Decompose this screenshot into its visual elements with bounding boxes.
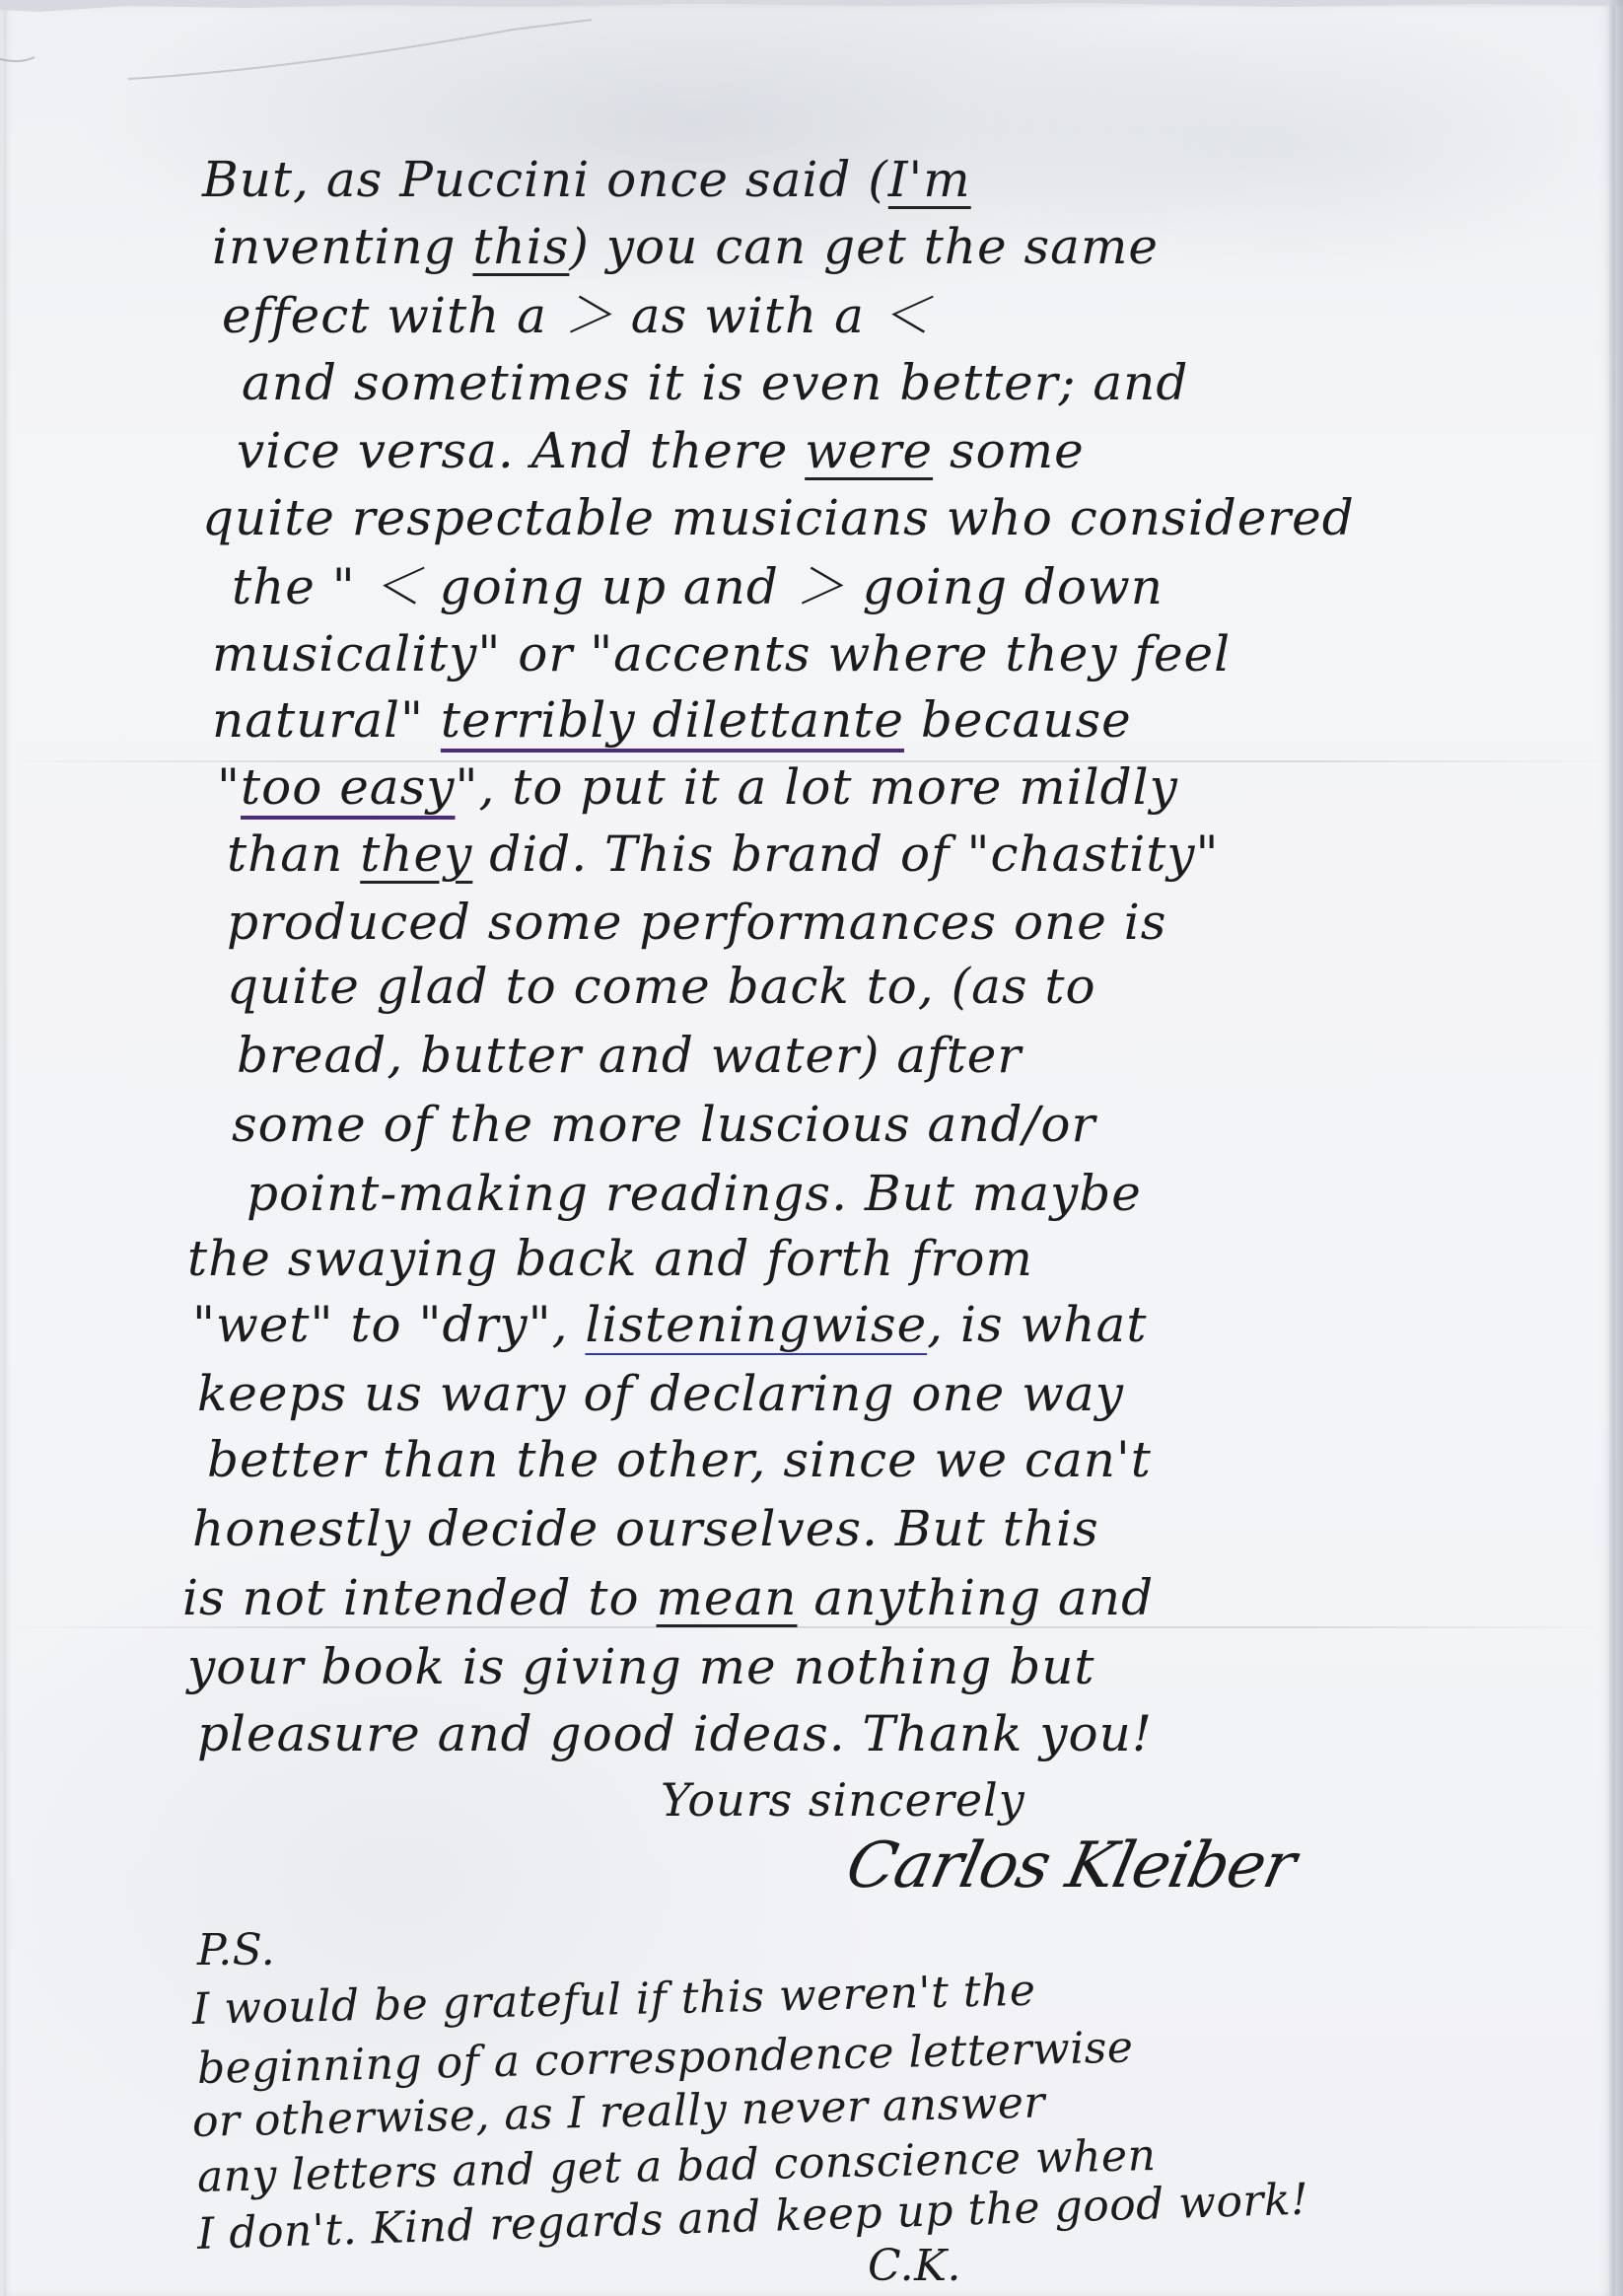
underlined-word: this (472, 218, 569, 275)
body-line: honestly decide ourselves. But this (192, 1499, 1099, 1558)
signature: Carlos Kleiber (842, 1836, 1301, 1896)
body-line: keeps us wary of declaring one way (197, 1364, 1124, 1423)
body-line: But, as Puccini once said (I'm (202, 150, 971, 209)
body-line: quite glad to come back to, (as to (227, 957, 1096, 1016)
body-line: inventing this) you can get the same (212, 217, 1159, 276)
underlined-word: I'm (888, 151, 971, 208)
body-line: some of the more luscious and/or (232, 1095, 1095, 1154)
underlined-word: mean (657, 1569, 798, 1626)
underlined-word: they (360, 825, 472, 883)
body-line: natural" terribly dilettante because (212, 690, 1132, 750)
body-line: produced some performances one is (227, 893, 1166, 952)
purple-underlined-phrase: too easy (241, 758, 456, 816)
body-line: effect with a ＞ as with a ＜ (222, 286, 932, 345)
underlined-word: were (805, 422, 933, 479)
body-line: pleasure and good ideas. Thank you! (197, 1704, 1153, 1763)
body-line: point-making readings. But maybe (247, 1164, 1142, 1223)
valediction: Yours sincerely (661, 1770, 1025, 1830)
body-line: and sometimes it is even better; and (242, 353, 1188, 412)
body-line: quite respectable musicians who consider… (202, 488, 1355, 547)
body-line: vice versa. And there were some (237, 421, 1085, 480)
letter-content: But, as Puccini once said (I'm inventing… (0, 0, 1623, 2296)
postscript-initials: C.K. (868, 2237, 961, 2296)
body-line: is not intended to mean anything and (182, 1568, 1154, 1627)
body-line: "too easy", to put it a lot more mildly (217, 757, 1178, 817)
body-line: than they did. This brand of "chastity" (227, 825, 1220, 884)
body-line: musicality" or "accents where they feel (212, 624, 1231, 683)
body-line: your book is giving me nothing but (187, 1637, 1095, 1696)
body-line: bread, butter and water) after (237, 1026, 1022, 1085)
body-line: better than the other, since we can't (207, 1430, 1152, 1489)
purple-underlined-phrase: terribly dilettante (441, 691, 904, 749)
body-line: "wet" to "dry", listeningwise, is what (192, 1295, 1147, 1354)
postscript-label: P.S. (197, 1921, 275, 1980)
blue-underlined-word: listeningwise (585, 1296, 927, 1353)
body-line: the " ＜ going up and ＞ going down (232, 557, 1164, 616)
body-line: the swaying back and forth from (187, 1229, 1033, 1288)
